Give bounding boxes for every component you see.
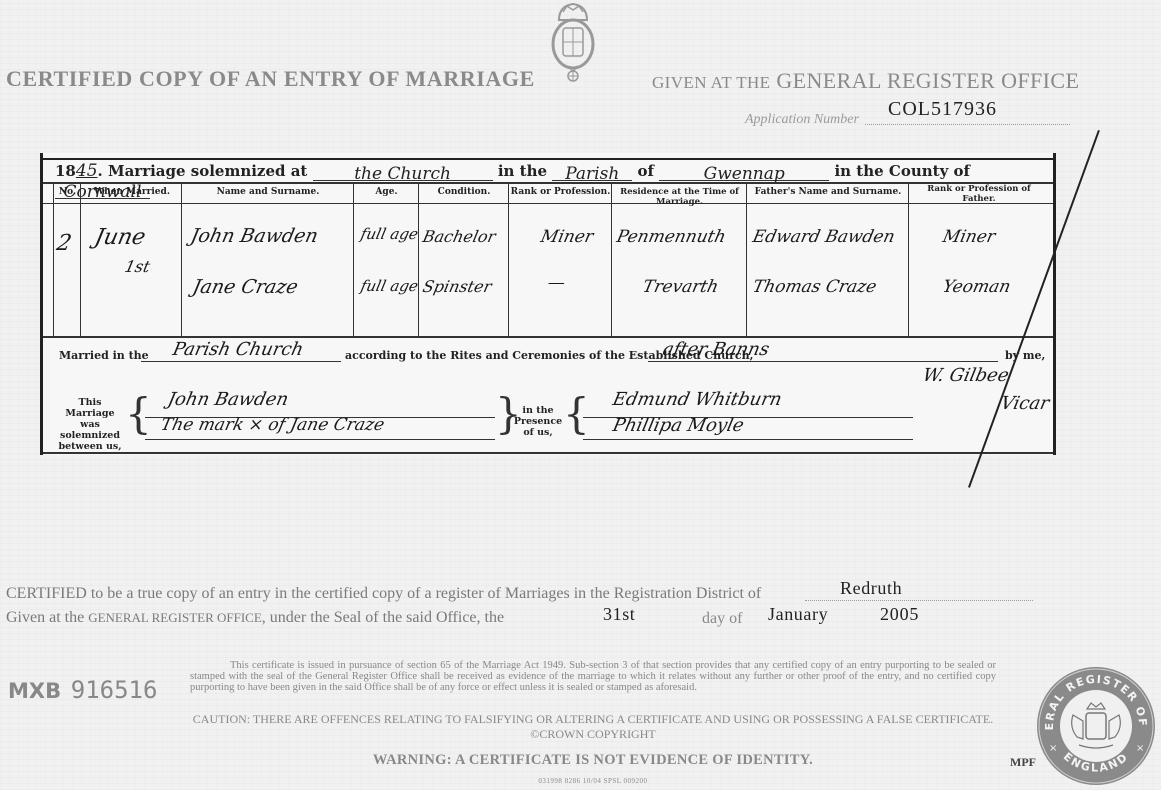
by-me-label: by me,: [1005, 349, 1045, 362]
royal-crest-icon: [549, 0, 597, 84]
register-bottom-rule: [43, 452, 1053, 454]
between-label-line: was: [55, 419, 125, 430]
header-rule-bottom: [43, 203, 1053, 204]
bride-residence: Trevarth: [641, 277, 720, 297]
groom-name: John Bawden: [189, 225, 320, 247]
caution-notice: CAUTION: THERE ARE OFFENCES RELATING TO …: [190, 712, 996, 742]
given-prefix: Given at the: [6, 609, 84, 626]
bride-condition: Spinster: [421, 277, 493, 296]
certification-year: 2005: [880, 604, 919, 625]
entry-bottom-rule: [43, 336, 1053, 338]
given-office: General Register Office: [88, 610, 262, 625]
year-handwritten: 45: [76, 161, 98, 181]
groom-residence: Penmennuth: [615, 227, 728, 247]
legal-notice: This certificate is issued in pursuance …: [190, 660, 996, 693]
groom-signature: John Bawden: [166, 389, 291, 410]
column-divider: [908, 184, 909, 337]
serial-digits: 916516: [71, 676, 158, 704]
certification-day: 31st: [603, 604, 635, 625]
groom-father-name: Edward Bawden: [751, 227, 897, 247]
certification-statement: CERTIFIED to be a true copy of an entry …: [6, 585, 761, 603]
county-label: in the County of: [834, 162, 970, 180]
svg-text:×: ×: [1049, 743, 1057, 754]
register-entry: 1845. Marriage solemnized at the Church …: [40, 153, 1056, 455]
between-label-line: solemnized: [55, 430, 125, 441]
bride-rank: —: [546, 273, 567, 293]
married-in-label: Married in the: [59, 349, 149, 362]
serial-prefix: MXB: [8, 679, 61, 703]
column-divider: [508, 184, 509, 337]
officiant-title: Vicar: [999, 393, 1051, 414]
solemnized-label: Marriage solemnized at: [108, 162, 307, 180]
column-divider: [353, 184, 354, 337]
column-divider: [53, 184, 54, 337]
presence-label-line: Presence: [513, 416, 563, 427]
register-top-rule: [43, 158, 1053, 160]
column-divider: [80, 184, 81, 337]
column-header-when-married: When Married.: [83, 187, 181, 197]
solemnized-between-label: This Marriage was solemnized between us,: [55, 397, 125, 452]
witness-1-signature: Edmund Whitburn: [611, 389, 784, 410]
solemnized-at-value: the Church: [354, 164, 451, 184]
column-divider: [746, 184, 747, 337]
issuing-office-prefix: Given at the: [652, 73, 770, 92]
header-rule-top: [43, 182, 1053, 184]
registration-district-value: Redruth: [840, 578, 902, 599]
presence-label-line: of us,: [513, 427, 563, 438]
column-header-condition: Condition.: [420, 187, 508, 197]
column-divider: [418, 184, 419, 337]
bride-mark-signature: The mark × of Jane Craze: [159, 415, 386, 435]
column-header-father-name: Father's Name and Surname.: [748, 187, 908, 197]
form-codes: 031998 8286 10/04 SPSL 009200: [190, 777, 996, 785]
column-header-father-rank: Rank or Profession of Father.: [910, 184, 1048, 204]
banns-line: [648, 361, 998, 362]
presence-label-line: in the: [513, 405, 563, 416]
column-divider: [611, 184, 612, 337]
registration-district-dotted-line: [805, 600, 1033, 601]
bride-name: Jane Craze: [191, 276, 300, 298]
presence-label: in the Presence of us,: [513, 405, 563, 438]
witness-line: [583, 439, 913, 440]
district-type-value: Parish: [565, 164, 619, 184]
day-of-label: day of: [702, 610, 742, 628]
officiant-signature: W. Gilbee: [921, 365, 1011, 386]
given-under-seal-statement: Given at the General Register Office, un…: [6, 609, 504, 627]
groom-rank: Miner: [539, 227, 595, 247]
column-header-no: No.: [55, 187, 80, 197]
bride-father-name: Thomas Craze: [751, 277, 878, 297]
entry-number: 2: [54, 231, 73, 256]
when-married-month: June: [92, 225, 148, 250]
groom-age: full age: [359, 225, 420, 243]
svg-text:×: ×: [1136, 743, 1144, 754]
signature-line: [145, 439, 495, 440]
of-label: of: [638, 162, 654, 180]
after-banns-value: after Banns: [661, 339, 771, 360]
column-header-rank: Rank or Profession.: [510, 187, 611, 197]
groom-condition: Bachelor: [421, 227, 497, 246]
column-header-residence: Residence at the Time of Marriage.: [613, 187, 746, 207]
witness-brace: {: [563, 393, 590, 435]
bride-age: full age: [359, 277, 420, 295]
left-brace: {: [125, 393, 152, 435]
certificate-serial-number: MXB 916516: [8, 676, 157, 704]
certificate-title: CERTIFIED COPY OF AN ENTRY OF MARRIAGE: [6, 66, 535, 92]
year-printed: 18: [55, 162, 76, 180]
between-label-line: between us,: [55, 441, 125, 452]
when-married-day: 1st: [123, 257, 152, 276]
application-number-value: COL517936: [888, 98, 997, 121]
between-label-line: This Marriage: [55, 397, 125, 419]
bride-father-rank: Yeoman: [941, 277, 1013, 297]
identity-warning: WARNING: A CERTIFICATE IS NOT EVIDENCE O…: [190, 752, 996, 769]
married-in-line: [141, 361, 341, 362]
given-suffix: , under the Seal of the said Office, the: [262, 609, 504, 626]
application-number-label: Application Number: [745, 112, 859, 128]
column-header-age: Age.: [355, 187, 418, 197]
groom-father-rank: Miner: [941, 227, 997, 247]
general-register-office-seal-icon: GENERAL REGISTER OFFICE ENGLAND × ×: [1035, 665, 1157, 787]
column-divider: [181, 184, 182, 337]
parish-value: Gwennap: [704, 164, 785, 184]
issuing-office-heading: Given at the GENERAL REGISTER OFFICE: [652, 68, 1079, 94]
application-number-dotted-line: [865, 124, 1070, 125]
certification-month: January: [768, 604, 828, 625]
issuing-office-name: GENERAL REGISTER OFFICE: [776, 68, 1079, 93]
column-header-name: Name and Surname.: [183, 187, 353, 197]
married-in-value: Parish Church: [171, 339, 306, 360]
in-the-label: in the: [498, 162, 547, 180]
witness-2-signature: Phillipa Moyle: [611, 415, 746, 436]
issuer-initials: MPF: [1010, 755, 1036, 770]
